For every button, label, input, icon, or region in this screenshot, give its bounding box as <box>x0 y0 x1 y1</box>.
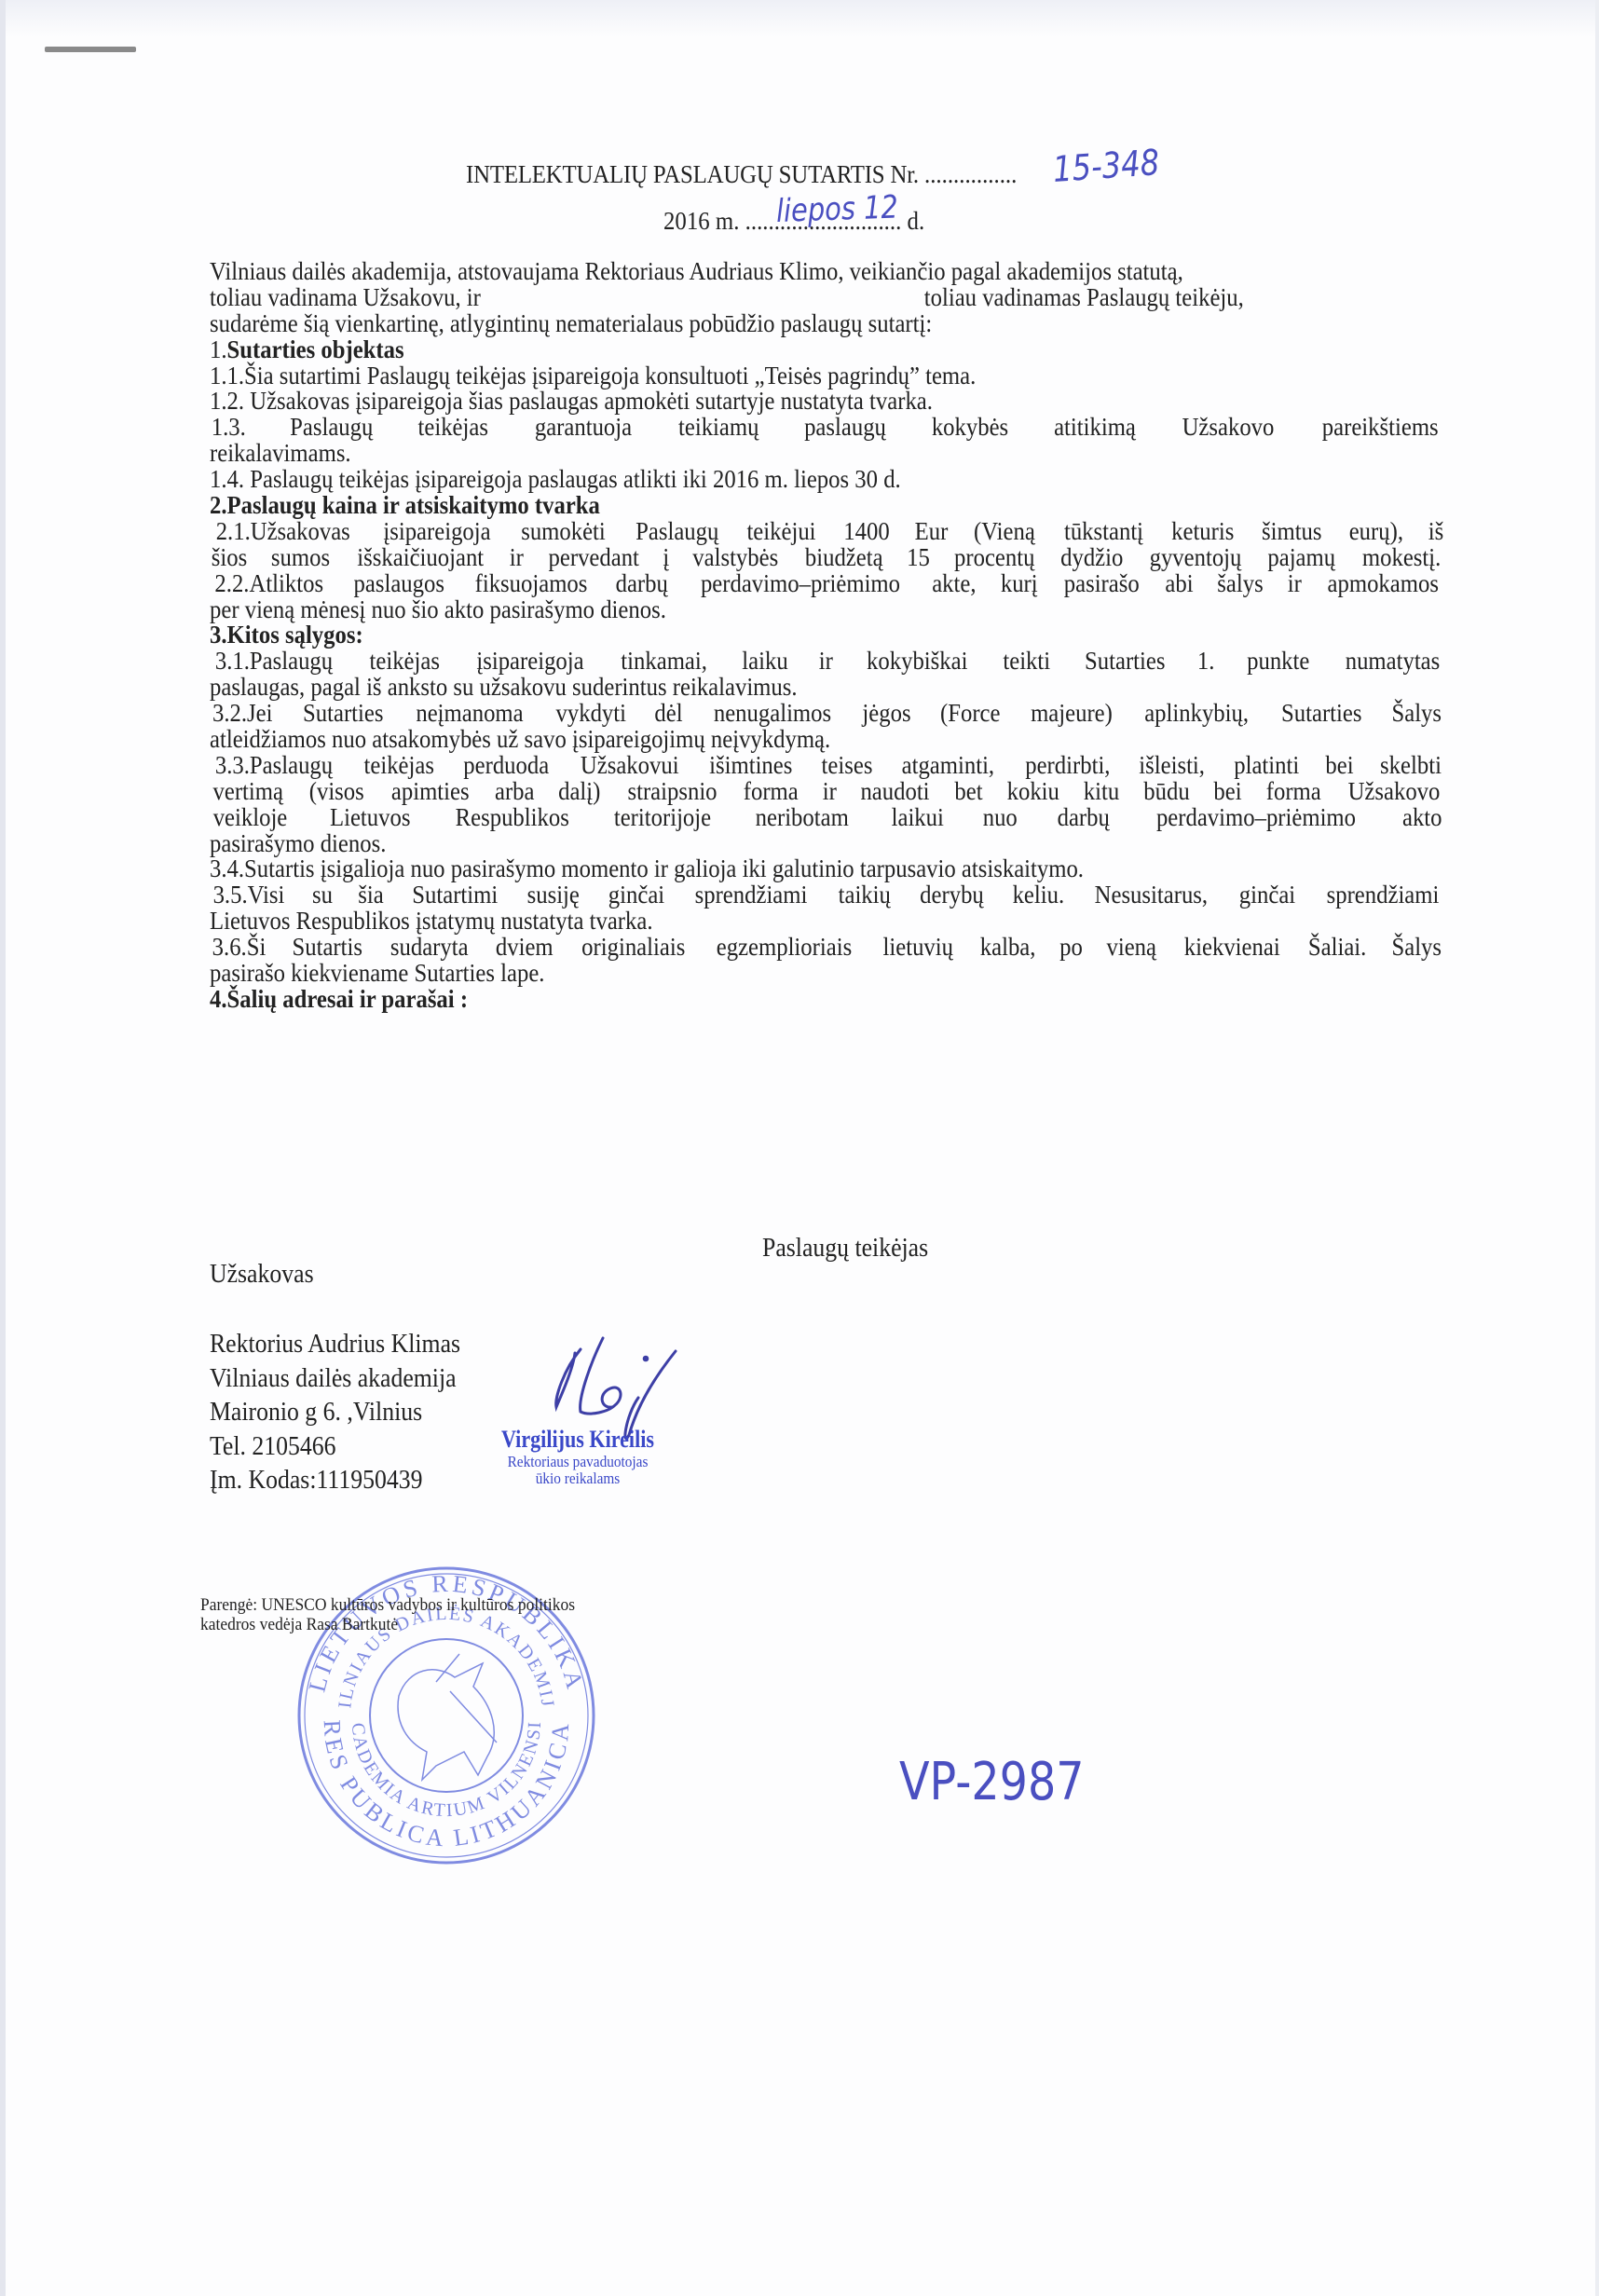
clause-2-1-cont: šiossumosišskaičiuojantirpervedantįvalst… <box>210 545 1444 571</box>
signatory-role: Rektoriaus pavaduotojas <box>477 1454 678 1470</box>
clause-3-1-cont: paslaugas, pagal iš anksto su užsakovu s… <box>210 675 1339 701</box>
word: Lietuvos <box>330 805 410 831</box>
word: ir <box>1287 571 1301 597</box>
word: ginčai <box>1239 882 1295 909</box>
prepared-by: Parengė: UNESCO kultūros vadybos ir kult… <box>200 1595 575 1634</box>
word: būdu <box>1143 779 1189 805</box>
word: dėl <box>654 701 682 727</box>
word: kokiu <box>1006 779 1059 805</box>
client-institution: Vilniaus dailės akademija <box>210 1362 460 1397</box>
word: 1400 <box>843 519 889 545</box>
client-rector: Rektorius Audrius Klimas <box>210 1328 460 1362</box>
word: dydžio <box>1060 545 1123 571</box>
word: 3.1.Paslaugų <box>215 649 333 675</box>
handwritten-registration-number: VP-2987 <box>899 1752 1085 1812</box>
word: teikiamų <box>678 415 758 441</box>
word: naudoti <box>860 779 929 805</box>
clause-3-4: 3.4.Sutartis įsigalioja nuo pasirašymo m… <box>210 856 1339 882</box>
word: Paslaugų <box>635 519 718 545</box>
word: nuo <box>983 805 1018 831</box>
clause-3-3-cont: vertimą(visosapimtiesarbadalį)straipsnio… <box>210 779 1444 805</box>
word: apmokamos <box>1328 571 1439 597</box>
section-3-heading: 3.Kitos sąlygos: <box>210 622 1339 649</box>
signatory-stamp: Virgilijus Kireilis Rektoriaus pavaduoto… <box>466 1426 690 1487</box>
title-text: INTELEKTUALIŲ PASLAUGŲ SUTARTIS Nr. <box>466 160 919 188</box>
word: teikėjas <box>363 753 433 779</box>
word: kokybiškai <box>867 649 967 675</box>
word: 3.3.Paslaugų <box>215 753 333 779</box>
word: fiksuojamos <box>474 571 587 597</box>
scan-edge-left <box>0 0 6 2296</box>
provider-label: Paslaugų teikėjas <box>762 1234 928 1264</box>
word: pajamų <box>1268 545 1336 571</box>
preamble-line: toliau vadinama Užsakovu, ir toliau vadi… <box>210 285 1339 311</box>
contract-body: Vilniaus dailės akademija, atstovaujama … <box>210 259 1444 1013</box>
word: taikių <box>839 882 891 909</box>
word: pareikštiems <box>1322 415 1439 441</box>
signatory-name: Virgilijus Kireilis <box>483 1426 673 1454</box>
preamble-line: sudarėme šią vienkartinę, atlygintinų ne… <box>210 311 1339 337</box>
word: 2.1.Užsakovas <box>216 519 350 545</box>
word: darbų <box>1057 805 1109 831</box>
word: išleisti, <box>1140 753 1206 779</box>
client-address: Maironio g 6. ,Vilnius <box>210 1396 460 1430</box>
word: išskaičiuojant <box>358 545 485 571</box>
word: šalys <box>1218 571 1264 597</box>
word: dalį) <box>558 779 600 805</box>
preamble-provider: toliau vadinamas Paslaugų teikėju, <box>924 285 1244 311</box>
word: laikui <box>891 805 943 831</box>
client-company-code: Įm. Kodas:111950439 <box>210 1464 460 1498</box>
word: su <box>312 882 333 909</box>
clause-1-2: 1.2. Užsakovas įsipareigoja šias paslaug… <box>210 389 1339 415</box>
word: jėgos <box>863 701 911 727</box>
word: 3.5.Visi <box>213 882 285 909</box>
word: (Force <box>940 701 1000 727</box>
word: originaliais <box>581 935 685 961</box>
word: egzemplioriais <box>717 935 852 961</box>
word: neribotam <box>756 805 849 831</box>
clause-2-1: 2.1.UžsakovasįsipareigojasumokėtiPaslaug… <box>210 519 1444 545</box>
word: forma <box>744 779 799 805</box>
word: Eur <box>915 519 949 545</box>
word: vykdyti <box>555 701 626 727</box>
word: Užsakovo <box>1182 415 1275 441</box>
clause-3-2-cont: atleidžiamos nuo atsakomybės už savo įsi… <box>210 727 1339 753</box>
section-4-heading: 4.Šalių adresai ir parašai : <box>210 987 1339 1013</box>
clause-3-5: 3.5.VisisušiaSutartimisusijęginčaisprend… <box>210 882 1444 909</box>
word: ir <box>822 779 836 805</box>
handwritten-contract-number: 15-348 <box>1051 142 1160 190</box>
word: bei <box>1325 753 1353 779</box>
word: kitu <box>1084 779 1119 805</box>
word: perdavimo–priėmimo <box>701 571 900 597</box>
word: neįmanoma <box>417 701 524 727</box>
word: vieną <box>1107 935 1157 961</box>
word: Sutartimi <box>412 882 498 909</box>
word: valstybės <box>692 545 778 571</box>
word: forma <box>1265 779 1320 805</box>
handwritten-date: liepos 12 <box>775 188 898 230</box>
section-title: Sutarties objektas <box>227 335 404 363</box>
section-number: 1. <box>210 335 227 363</box>
word: skelbti <box>1380 753 1442 779</box>
word: Sutarties <box>1085 649 1165 675</box>
word: (Vieną <box>974 519 1035 545</box>
clause-1-3: 1.3.Paslaugųteikėjasgarantuojateikiamųpa… <box>210 415 1444 441</box>
word: paslaugų <box>804 415 886 441</box>
word: darbų <box>616 571 668 597</box>
scan-edge-right <box>1595 0 1599 2296</box>
word: straipsnio <box>627 779 717 805</box>
word: sumokėti <box>521 519 606 545</box>
word: kurį <box>1001 571 1038 597</box>
section-2-heading: 2.Paslaugų kaina ir atsiskaitymo tvarka <box>210 493 1339 519</box>
word: 15 <box>907 545 930 571</box>
word: 1. <box>1197 649 1215 675</box>
word: apimties <box>391 779 470 805</box>
word: keturis <box>1171 519 1234 545</box>
word: atitikimą <box>1054 415 1136 441</box>
word: į <box>663 545 669 571</box>
word: teises <box>821 753 872 779</box>
word: teikėjui <box>747 519 816 545</box>
word: įsipareigoja <box>476 649 583 675</box>
preamble-line: Vilniaus dailės akademija, atstovaujama … <box>210 259 1339 285</box>
word: iš <box>1428 519 1443 545</box>
word: sumos <box>271 545 330 571</box>
word: kalba, <box>979 935 1035 961</box>
word: abi <box>1165 571 1193 597</box>
word: Šaliai. <box>1308 935 1366 961</box>
word: arba <box>495 779 535 805</box>
word: Sutarties <box>1281 701 1361 727</box>
word: numatytas <box>1346 649 1441 675</box>
clause-2-2-cont: per vieną mėnesį nuo šio akto pasirašymo… <box>210 597 1339 623</box>
word: perdavimo–priėmimo <box>1156 805 1356 831</box>
clause-1-3-cont: reikalavimams. <box>210 441 1339 467</box>
word: teikėjas <box>418 415 488 441</box>
word: garantuoja <box>534 415 631 441</box>
word: 1.3. <box>212 415 246 441</box>
word: vertimą <box>213 779 283 805</box>
word: aplinkybių, <box>1145 701 1250 727</box>
word: tūkstantį <box>1064 519 1143 545</box>
word: Sutartis <box>293 935 363 961</box>
word: Šalys <box>1392 701 1442 727</box>
clause-3-3: 3.3.PaslaugųteikėjasperduodaUžsakovuiiši… <box>210 753 1444 779</box>
word: išimtines <box>710 753 793 779</box>
section-1-heading: 1.Sutarties objektas <box>210 337 1339 363</box>
date-suffix: d. <box>908 207 925 235</box>
clause-3-2: 3.2.JeiSutartiesneįmanomavykdytidėlnenug… <box>210 701 1444 727</box>
word: teikti <box>1003 649 1050 675</box>
word: procentų <box>954 545 1034 571</box>
word: eurų), <box>1348 519 1402 545</box>
preamble-client: toliau vadinama Užsakovu, ir <box>210 283 481 311</box>
word: dviem <box>496 935 553 961</box>
word: sprendžiami <box>1326 882 1439 909</box>
word: šimtus <box>1262 519 1322 545</box>
word: teritorijoje <box>614 805 711 831</box>
word: gyventojų <box>1149 545 1241 571</box>
clause-3-6-cont: pasirašo kiekviename Sutarties lape. <box>210 961 1339 987</box>
clause-3-3-cont: veiklojeLietuvosRespublikosteritorijojen… <box>210 805 1444 831</box>
word: biudžetą <box>805 545 883 571</box>
clause-3-5-cont: Lietuvos Respublikos įstatymų nustatyta … <box>210 909 1339 935</box>
word: sudaryta <box>390 935 469 961</box>
word: Šalys <box>1392 935 1442 961</box>
word: keliu. <box>1012 882 1064 909</box>
word: platinti <box>1234 753 1299 779</box>
word: akto <box>1402 805 1442 831</box>
word: bei <box>1213 779 1241 805</box>
word: veikloje <box>213 805 288 831</box>
word: šia <box>358 882 383 909</box>
staple-mark <box>45 47 136 52</box>
clause-1-4: 1.4. Paslaugų teikėjas įsipareigoja pasl… <box>210 467 1339 493</box>
word: Paslaugų <box>290 415 373 441</box>
word: 3.6.Ši <box>212 935 266 961</box>
word: šios <box>212 545 247 571</box>
word: lietuvių <box>882 935 952 961</box>
clause-3-6: 3.6.ŠiSutartissudarytadviemoriginaliaise… <box>210 935 1444 961</box>
word: 2.2.Atliktos <box>214 571 323 597</box>
clause-3-3-cont: pasirašymo dienos. <box>210 831 1339 857</box>
word: paslaugos <box>353 571 444 597</box>
word: perdirbti, <box>1025 753 1110 779</box>
signatory-role-2: ūkio reikalams <box>477 1470 678 1487</box>
scan-shadow-top <box>0 0 1599 37</box>
word: susiję <box>527 882 580 909</box>
word: (visos <box>309 779 364 805</box>
word: derybų <box>920 882 984 909</box>
word: Sutarties <box>303 701 383 727</box>
prepared-by-line1: Parengė: UNESCO kultūros vadybos ir kult… <box>200 1595 575 1615</box>
word: pasirašo <box>1064 571 1140 597</box>
word: akte, <box>932 571 976 597</box>
word: Užsakovui <box>581 753 679 779</box>
word: teikėjas <box>370 649 440 675</box>
word: Užsakovo <box>1347 779 1440 805</box>
date-year: 2016 m. <box>663 207 739 235</box>
word: punkte <box>1247 649 1309 675</box>
word: tinkamai, <box>622 649 708 675</box>
client-details: Rektorius Audrius Klimas Vilniaus dailės… <box>210 1328 460 1498</box>
word: laiku <box>742 649 787 675</box>
clause-1-1: 1.1.Šia sutartimi Paslaugų teikėjas įsip… <box>210 363 1339 389</box>
document-title: INTELEKTUALIŲ PASLAUGŲ SUTARTIS Nr. ....… <box>466 160 1017 189</box>
title-dots: ................ <box>924 160 1017 188</box>
word: nenugalimos <box>713 701 830 727</box>
word: Nesusitarus, <box>1095 882 1208 909</box>
word: įsipareigoja <box>383 519 490 545</box>
clause-3-1: 3.1.Paslaugųteikėjasįsipareigojatinkamai… <box>210 649 1444 675</box>
word: ir <box>819 649 833 675</box>
prepared-by-line2: katedros vedėja Rasa Bartkutė <box>200 1615 575 1634</box>
word: po <box>1059 935 1083 961</box>
word: 3.2.Jei <box>212 701 273 727</box>
word: Respublikos <box>455 805 568 831</box>
word: pervedant <box>548 545 638 571</box>
clause-2-2: 2.2.Atliktospaslaugosfiksuojamosdarbųper… <box>210 571 1444 597</box>
word: ir <box>510 545 524 571</box>
word: atgaminti, <box>901 753 993 779</box>
word: perduoda <box>464 753 550 779</box>
client-phone: Tel. 2105466 <box>210 1430 460 1465</box>
word: majeure) <box>1031 701 1113 727</box>
word: kiekvienai <box>1184 935 1280 961</box>
word: ginčai <box>608 882 663 909</box>
word: sprendžiami <box>695 882 808 909</box>
word: mokestį. <box>1361 545 1440 571</box>
client-label: Užsakovas <box>210 1260 314 1290</box>
word: bet <box>954 779 982 805</box>
word: kokybės <box>932 415 1008 441</box>
